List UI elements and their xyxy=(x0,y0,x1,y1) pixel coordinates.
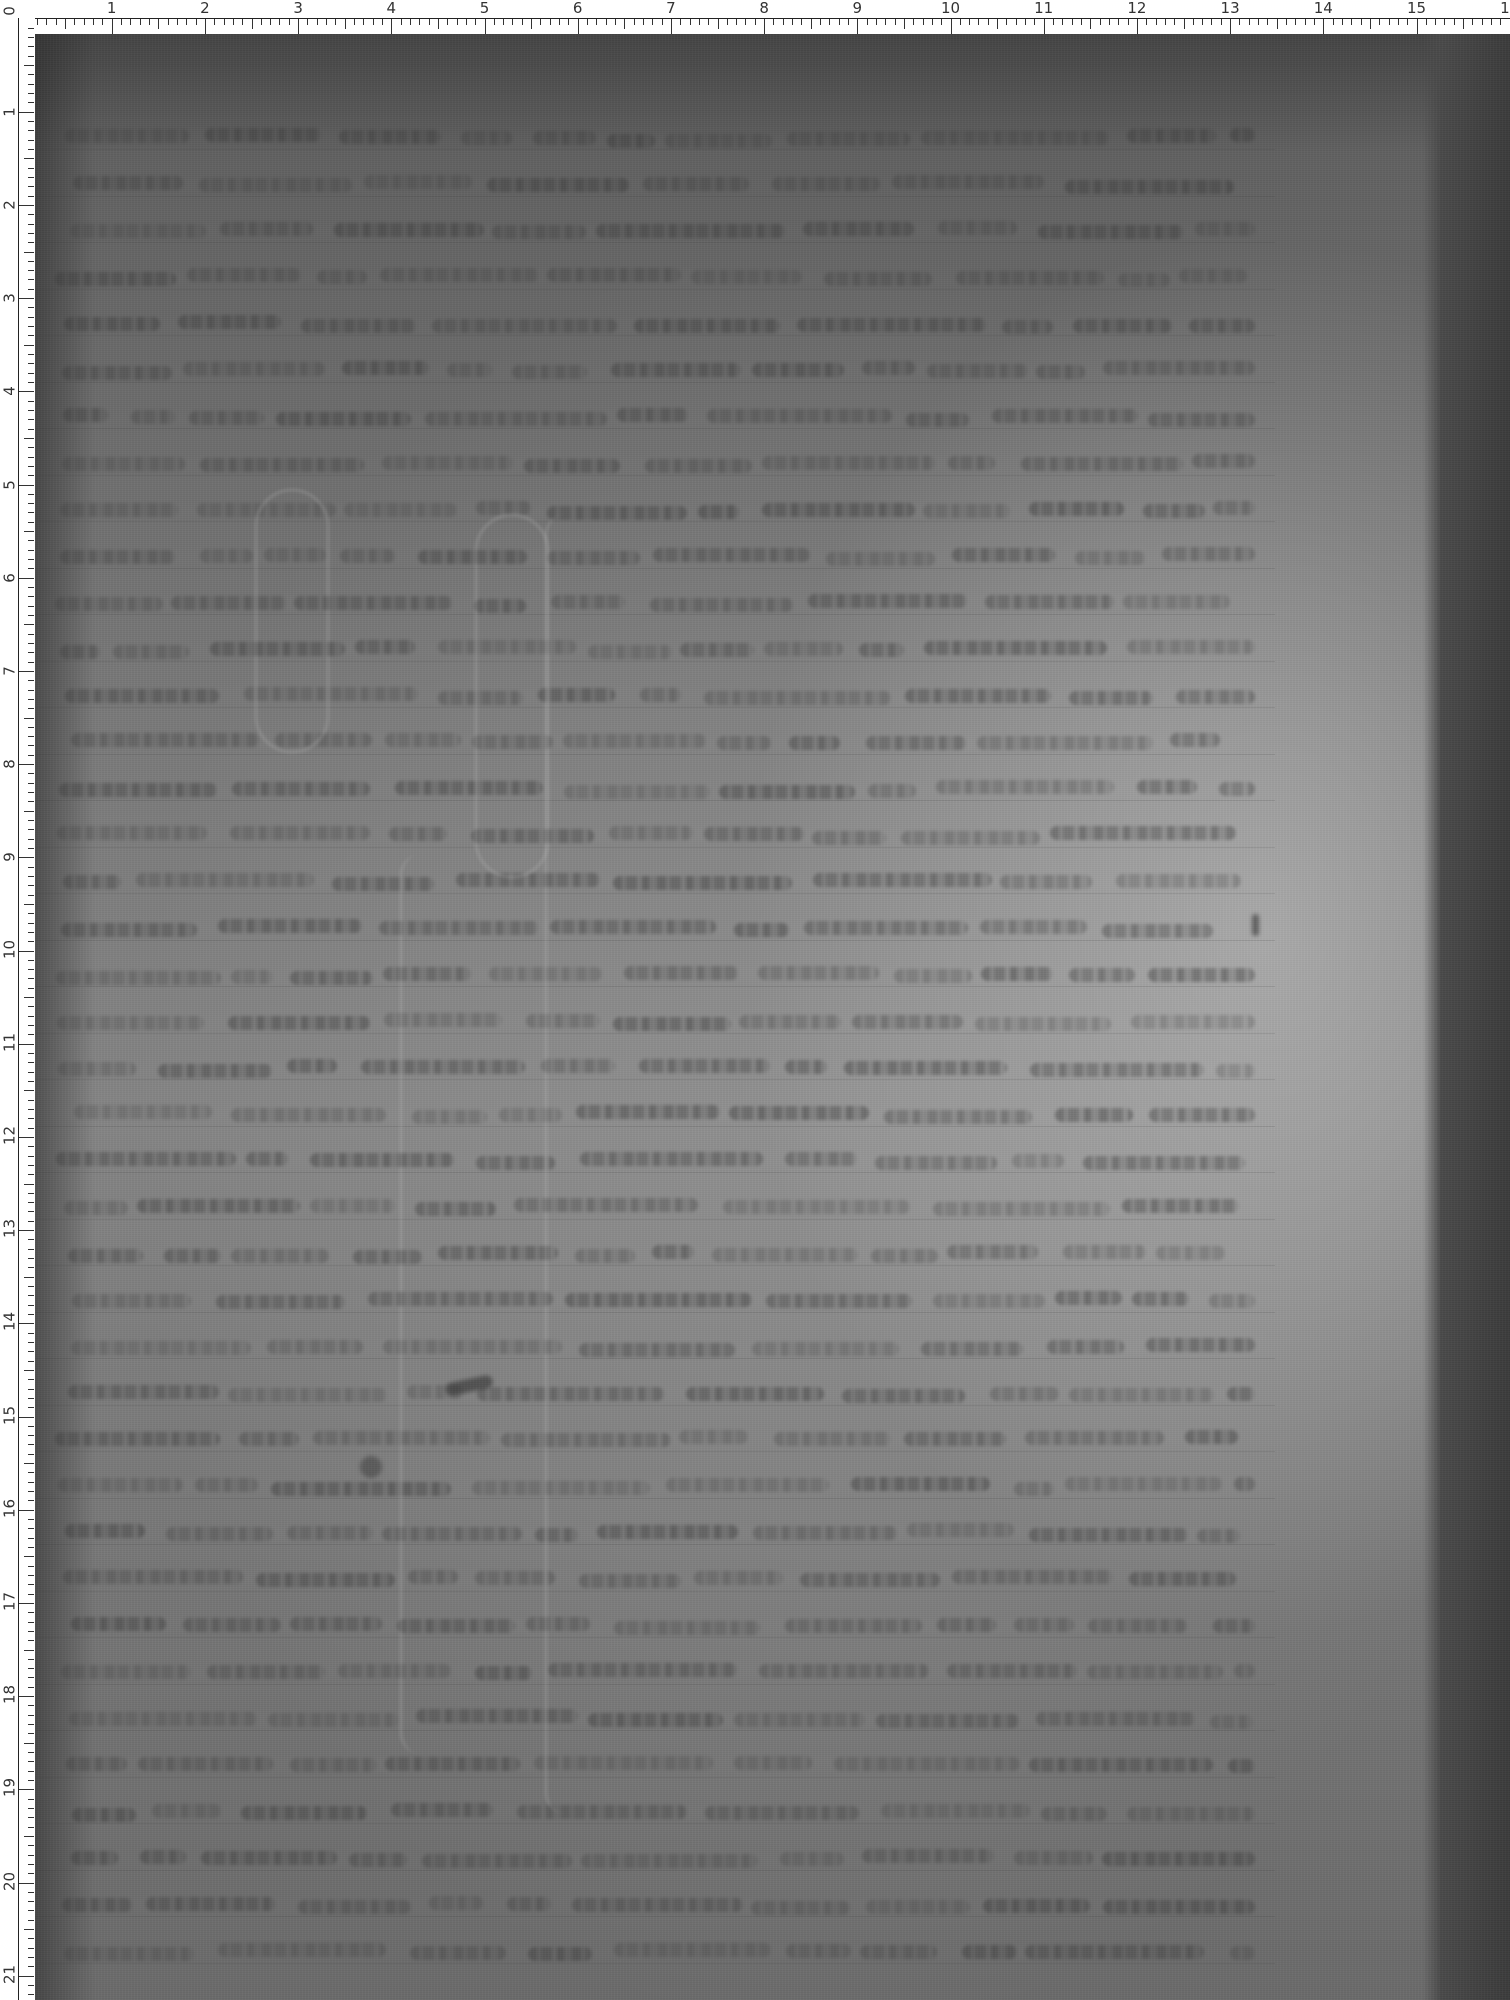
ruler-tick xyxy=(1146,19,1147,25)
ruler-tick xyxy=(28,102,34,103)
ruler-tick xyxy=(1500,19,1501,25)
ruler-tick xyxy=(28,755,34,756)
ruler-tick xyxy=(28,93,34,94)
ruler-tick xyxy=(1221,19,1222,25)
ruler-tick xyxy=(28,783,34,784)
ruler-tick xyxy=(28,1547,34,1548)
ruler-tick xyxy=(19,391,34,392)
ruler-tick xyxy=(28,1072,34,1073)
ruler-tick xyxy=(28,568,34,569)
ruler-tick xyxy=(224,19,225,25)
ruler-tick xyxy=(28,56,34,57)
ruler-tick xyxy=(24,624,34,625)
ruler-tick xyxy=(19,1883,34,1884)
ruler-tick xyxy=(512,19,513,25)
ruler-tick xyxy=(1165,19,1166,25)
ruler-tick xyxy=(28,447,34,448)
ruler-tick xyxy=(196,19,197,25)
ruler-tick xyxy=(1174,19,1175,25)
ruler-tick xyxy=(28,1239,34,1240)
ruler-tick xyxy=(1379,19,1380,25)
ruler-tick xyxy=(28,1780,34,1781)
ruler-tick xyxy=(28,652,34,653)
ruler-tick xyxy=(28,1538,34,1539)
ruler-tick xyxy=(19,951,34,952)
ruler-tick xyxy=(84,19,85,25)
ruler-tick xyxy=(28,1426,34,1427)
ruler-tick xyxy=(1044,19,1045,34)
ruler-tick xyxy=(1202,19,1203,25)
ruler-tick xyxy=(28,540,34,541)
ruler-tick xyxy=(28,1100,34,1101)
ruler-tick xyxy=(28,1109,34,1110)
ruler-label: 7 xyxy=(3,663,18,679)
ruler-tick xyxy=(24,1184,34,1185)
ruler-tick xyxy=(19,1603,34,1604)
ruler-label: 8 xyxy=(759,0,769,16)
ruler-tick xyxy=(102,19,103,25)
ruler-tick xyxy=(28,1221,34,1222)
ruler-tick xyxy=(279,19,280,25)
ruler-tick xyxy=(28,1724,34,1725)
ruler-tick xyxy=(587,19,588,25)
ruler-tick xyxy=(158,19,159,29)
ruler-label: 12 xyxy=(3,1129,18,1145)
ruler-tick xyxy=(1016,19,1017,25)
ruler-tick xyxy=(28,1165,34,1166)
ruler-tick xyxy=(65,19,66,29)
ruler-tick xyxy=(28,1305,34,1306)
ruler-tick xyxy=(28,1594,34,1595)
ruler-label: 11 xyxy=(1034,0,1053,16)
ruler-tick xyxy=(28,1771,34,1772)
ruler-tick xyxy=(494,19,495,25)
ruler-tick xyxy=(28,550,34,551)
ruler-tick xyxy=(28,1715,34,1716)
ruler-tick xyxy=(662,19,663,25)
ruler-tick xyxy=(28,1892,34,1893)
ruler-tick xyxy=(363,19,364,25)
ruler-tick xyxy=(28,1808,34,1809)
ruler-tick xyxy=(28,1034,34,1035)
ruler-tick xyxy=(1249,19,1250,25)
ruler-tick xyxy=(28,1640,34,1641)
ruler-tick xyxy=(19,1696,34,1697)
ruler-label: 6 xyxy=(3,570,18,586)
ruler-tick xyxy=(28,1761,34,1762)
ruler-tick xyxy=(28,279,34,280)
ruler-label: 2 xyxy=(200,0,210,16)
ruler-tick xyxy=(28,168,34,169)
ruler-tick xyxy=(755,19,756,25)
ruler-tick xyxy=(28,1901,34,1902)
ruler-tick xyxy=(773,19,774,25)
ruler-tick xyxy=(624,19,625,29)
ruler-tick xyxy=(24,718,34,719)
ruler-tick xyxy=(438,19,439,29)
ruler-tick xyxy=(186,19,187,25)
ruler-label: 13 xyxy=(1221,0,1240,16)
ruler-tick xyxy=(28,1528,34,1529)
ruler-tick xyxy=(1417,19,1418,34)
ruler-tick xyxy=(28,1053,34,1054)
ruler-tick xyxy=(28,214,34,215)
ruler-tick xyxy=(28,317,34,318)
ruler-tick xyxy=(19,1230,34,1231)
ruler-tick xyxy=(1342,19,1343,25)
ruler-tick xyxy=(28,662,34,663)
ruler-tick xyxy=(28,1267,34,1268)
ruler-tick xyxy=(28,1342,34,1343)
ruler-label: 3 xyxy=(293,0,303,16)
ruler-tick xyxy=(28,512,34,513)
ruler-tick xyxy=(28,1994,34,1995)
ruler-tick xyxy=(24,1556,34,1557)
ruler-tick xyxy=(28,1491,34,1492)
ruler-tick xyxy=(978,19,979,25)
ruler-tick xyxy=(1444,19,1445,25)
ruler-tick xyxy=(28,289,34,290)
ruler-tick xyxy=(615,19,616,25)
ruler-tick xyxy=(969,19,970,25)
ruler-tick xyxy=(28,1202,34,1203)
ruler-tick xyxy=(28,1575,34,1576)
ruler-tick xyxy=(1034,19,1035,25)
ruler-tick xyxy=(28,1062,34,1063)
ruler-tick xyxy=(28,1472,34,1473)
scan-grain xyxy=(35,34,1510,2000)
ruler-tick xyxy=(19,671,34,672)
ruler-tick xyxy=(28,1584,34,1585)
ruler-tick xyxy=(28,429,34,430)
ruler-tick xyxy=(745,19,746,25)
ruler-tick xyxy=(28,773,34,774)
ruler-tick xyxy=(1463,19,1464,29)
ruler-label: 21 xyxy=(3,1968,18,1984)
ruler-tick xyxy=(24,1463,34,1464)
ruler-tick xyxy=(19,485,34,486)
ruler-tick xyxy=(28,1361,34,1362)
ruler-tick xyxy=(820,19,821,25)
ruler-tick xyxy=(988,19,989,25)
ruler-tick xyxy=(168,19,169,25)
ruler-tick xyxy=(28,1006,34,1007)
ruler-tick xyxy=(28,475,34,476)
ruler-tick xyxy=(1314,19,1315,25)
ruler-tick xyxy=(503,19,504,25)
ruler-tick xyxy=(811,19,812,29)
ruler-tick xyxy=(28,1799,34,1800)
ruler-label: 15 xyxy=(1407,0,1426,16)
ruler-tick xyxy=(1482,19,1483,25)
ruler-tick xyxy=(24,1370,34,1371)
ruler-tick xyxy=(28,643,34,644)
ruler-tick xyxy=(28,1016,34,1017)
left-ruler: 0123456789101112131415161718192021 xyxy=(0,0,35,2000)
ruler-tick xyxy=(24,997,34,998)
ruler-tick xyxy=(28,1920,34,1921)
ruler-tick xyxy=(28,1733,34,1734)
ruler-tick xyxy=(1006,19,1007,25)
ruler-tick xyxy=(28,736,34,737)
ruler-tick xyxy=(718,19,719,29)
ruler-tick xyxy=(28,419,34,420)
ruler-tick xyxy=(28,708,34,709)
ruler-tick xyxy=(28,680,34,681)
ruler-tick xyxy=(1156,19,1157,25)
ruler-tick xyxy=(28,1435,34,1436)
ruler-tick xyxy=(28,1687,34,1688)
ruler-label: 16 xyxy=(1500,0,1510,16)
ruler-tick xyxy=(540,19,541,25)
ruler-tick xyxy=(1072,19,1073,25)
ruler-tick xyxy=(28,494,34,495)
ruler-tick xyxy=(466,19,467,25)
ruler-tick xyxy=(885,19,886,25)
ruler-tick xyxy=(28,46,34,47)
ruler-tick xyxy=(419,19,420,25)
ruler-tick xyxy=(28,1193,34,1194)
ruler-tick xyxy=(326,19,327,25)
ruler-tick xyxy=(1258,19,1259,25)
ruler-tick xyxy=(28,354,34,355)
ruler-tick xyxy=(1239,19,1240,25)
ruler-tick xyxy=(634,19,635,25)
ruler-tick xyxy=(727,19,728,25)
ruler-tick xyxy=(19,1137,34,1138)
ruler-label: 11 xyxy=(3,1036,18,1052)
ruler-tick xyxy=(28,1677,34,1678)
ruler-tick xyxy=(28,1966,34,1967)
ruler-tick xyxy=(93,19,94,25)
ruler-tick xyxy=(28,363,34,364)
ruler-tick xyxy=(28,1855,34,1856)
ruler-tick xyxy=(559,19,560,25)
ruler-tick xyxy=(28,848,34,849)
ruler-tick xyxy=(429,19,430,25)
ruler-tick xyxy=(335,19,336,25)
ruler-tick xyxy=(457,19,458,25)
ruler-label: 9 xyxy=(3,849,18,865)
ruler-tick xyxy=(643,19,644,25)
ruler-tick xyxy=(28,1146,34,1147)
ruler-tick xyxy=(28,960,34,961)
ruler-tick xyxy=(24,811,34,812)
ruler-tick xyxy=(28,1128,34,1129)
ruler-tick xyxy=(1193,19,1194,25)
ruler-tick xyxy=(28,1631,34,1632)
ruler-tick xyxy=(447,19,448,25)
ruler-tick xyxy=(28,1156,34,1157)
ruler-tick xyxy=(1137,19,1138,34)
ruler-tick xyxy=(28,867,34,868)
ruler-tick xyxy=(28,1566,34,1567)
manuscript-scan xyxy=(35,34,1510,2000)
ruler-tick xyxy=(382,19,383,25)
ruler-tick xyxy=(19,1044,34,1045)
ruler-tick xyxy=(28,1295,34,1296)
ruler-tick xyxy=(28,503,34,504)
ruler-tick xyxy=(28,913,34,914)
ruler-tick xyxy=(28,1314,34,1315)
ruler-tick xyxy=(28,1612,34,1613)
ruler-label: 9 xyxy=(853,0,863,16)
ruler-tick xyxy=(401,19,402,25)
ruler-tick xyxy=(19,205,34,206)
ruler-tick xyxy=(736,19,737,25)
ruler-tick xyxy=(24,1743,34,1744)
ruler-tick xyxy=(941,19,942,25)
ruler-tick xyxy=(1426,19,1427,25)
ruler-tick xyxy=(373,19,374,25)
ruler-tick xyxy=(317,19,318,25)
ruler-label: 10 xyxy=(3,943,18,959)
ruler-tick xyxy=(19,1510,34,1511)
ruler-tick xyxy=(19,857,34,858)
ruler-tick xyxy=(28,1705,34,1706)
ruler-tick xyxy=(28,186,34,187)
ruler-tick xyxy=(1062,19,1063,25)
ruler-tick xyxy=(24,531,34,532)
ruler-tick xyxy=(28,1444,34,1445)
ruler-tick xyxy=(28,1910,34,1911)
ruler-tick xyxy=(960,19,961,25)
ruler-label: 1 xyxy=(107,0,117,16)
ruler-tick xyxy=(1370,19,1371,29)
ruler-tick xyxy=(895,19,896,25)
ruler-tick xyxy=(28,1668,34,1669)
ruler-tick xyxy=(1081,19,1082,25)
ruler-tick xyxy=(28,1351,34,1352)
ruler-tick xyxy=(19,578,34,579)
ruler-tick xyxy=(28,1333,34,1334)
ruler-tick xyxy=(1435,19,1436,25)
ruler-tick xyxy=(867,19,868,25)
ruler-label: 14 xyxy=(3,1315,18,1331)
ruler-tick xyxy=(1118,19,1119,25)
ruler-tick xyxy=(24,158,34,159)
ruler-tick xyxy=(1184,19,1185,29)
ruler-tick xyxy=(596,19,597,25)
ruler-label: 17 xyxy=(3,1595,18,1611)
ruler-tick xyxy=(19,764,34,765)
ruler-tick xyxy=(112,19,113,34)
ruler-tick xyxy=(28,699,34,700)
ruler-tick xyxy=(1389,19,1390,25)
ruler-tick xyxy=(28,1752,34,1753)
ruler-tick xyxy=(829,19,830,25)
ruler-tick xyxy=(24,252,34,253)
ruler-tick xyxy=(28,261,34,262)
ruler-tick xyxy=(28,307,34,308)
ruler-tick xyxy=(28,84,34,85)
ruler-tick xyxy=(1230,19,1231,34)
ruler-label: 16 xyxy=(3,1502,18,1518)
ruler-tick xyxy=(28,149,34,150)
ruler-tick xyxy=(24,65,34,66)
ruler-tick xyxy=(708,19,709,25)
ruler-tick xyxy=(485,19,486,34)
ruler-label: 13 xyxy=(3,1222,18,1238)
ruler-tick xyxy=(876,19,877,25)
ruler-tick xyxy=(28,1817,34,1818)
ruler-tick xyxy=(531,19,532,29)
ruler-tick xyxy=(1090,19,1091,29)
ruler-tick xyxy=(1305,19,1306,25)
ruler-tick xyxy=(578,19,579,34)
ruler-label: 6 xyxy=(573,0,583,16)
ruler-tick xyxy=(121,19,122,25)
ruler-tick xyxy=(28,233,34,234)
ruler-tick xyxy=(690,19,691,25)
top-ruler: 012345678910111213141516 xyxy=(0,0,1510,34)
ruler-tick xyxy=(839,19,840,25)
ruler-tick xyxy=(28,1864,34,1865)
ruler-tick xyxy=(410,19,411,25)
ruler-tick xyxy=(913,19,914,25)
ruler-tick xyxy=(28,1873,34,1874)
ruler-tick xyxy=(28,1258,34,1259)
ruler-tick xyxy=(1295,19,1296,25)
ruler-tick xyxy=(904,19,905,29)
ruler-tick xyxy=(28,1286,34,1287)
ruler-tick xyxy=(28,895,34,896)
ruler-label: 7 xyxy=(666,0,676,16)
ruler-tick xyxy=(1267,19,1268,25)
ruler-label: 0 xyxy=(3,3,18,19)
ruler-tick xyxy=(28,177,34,178)
ruler-tick xyxy=(24,1277,34,1278)
ruler-tick xyxy=(24,1650,34,1651)
ruler-tick xyxy=(28,1948,34,1949)
ruler-tick xyxy=(28,1025,34,1026)
ruler-tick xyxy=(951,19,952,34)
ruler-tick xyxy=(74,19,75,25)
ruler-tick xyxy=(1128,19,1129,25)
ruler-tick xyxy=(606,19,607,25)
ruler-tick xyxy=(28,74,34,75)
ruler-tick xyxy=(24,345,34,346)
ruler-tick xyxy=(783,19,784,25)
ruler-tick xyxy=(37,19,38,25)
ruler-tick xyxy=(28,745,34,746)
ruler-tick xyxy=(1407,19,1408,25)
ruler-tick xyxy=(680,19,681,25)
ruler-tick xyxy=(28,196,34,197)
ruler-tick xyxy=(28,1407,34,1408)
ruler-tick xyxy=(177,19,178,25)
ruler-tick xyxy=(923,19,924,25)
ruler-label: 10 xyxy=(941,0,960,16)
ruler-tick xyxy=(764,19,765,34)
ruler-label: 12 xyxy=(1127,0,1146,16)
ruler-tick xyxy=(28,792,34,793)
ruler-tick xyxy=(28,130,34,131)
ruler-tick xyxy=(28,1845,34,1846)
ruler-tick xyxy=(28,969,34,970)
ruler-tick xyxy=(932,19,933,25)
ruler-tick xyxy=(28,1827,34,1828)
ruler-tick xyxy=(28,270,34,271)
ruler-tick xyxy=(28,559,34,560)
ruler-tick xyxy=(19,112,34,113)
ruler-label: 8 xyxy=(3,756,18,772)
ruler-tick xyxy=(130,19,131,25)
ruler-tick xyxy=(699,19,700,25)
ruler-tick xyxy=(28,690,34,691)
ruler-tick xyxy=(19,1417,34,1418)
ruler-label: 5 xyxy=(3,477,18,493)
